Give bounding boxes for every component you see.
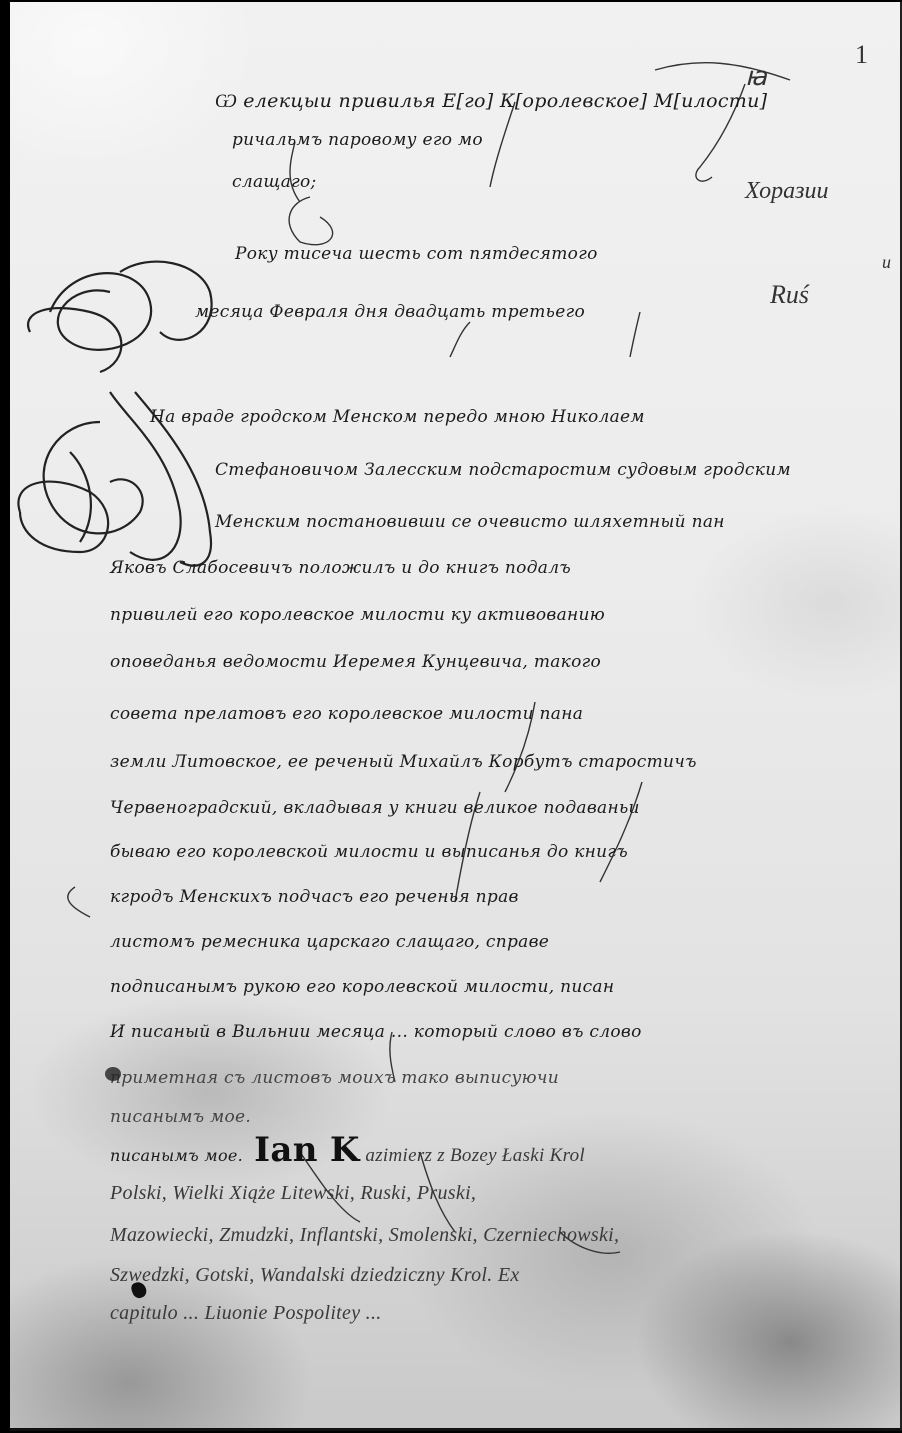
body-line-16: писанымъ мое. xyxy=(110,1107,251,1127)
royal-name-line: писанымъ мое. Ian K azimierz z Bozey Łas… xyxy=(110,1130,585,1170)
date-line-2: месяца Февраля дня двадцать третьего xyxy=(195,302,585,322)
body-line-2: Стефановичом Залесским подстаростим судо… xyxy=(215,460,791,480)
body-line-6: оповеданья ведомости Иеремея Кунцевича, … xyxy=(110,652,601,672)
heading-line-1: Ѡ елекцыи привилья Е[го] К[оролевское] М… xyxy=(215,90,767,113)
body-line-8: земли Литовское, ее реченый Михайлъ Корб… xyxy=(110,752,697,772)
latin-line-4: Szwedzki, Gotski, Wandalski dziedziczny … xyxy=(110,1264,520,1287)
body-line-14: И писаный в Вильнии месяца ... который с… xyxy=(110,1022,642,1042)
body-line-5: привилей его королевское милости ку акти… xyxy=(110,605,605,625)
heading-line-3: слащаго; xyxy=(232,172,317,192)
manuscript-page: 1 ꙗ Хоразии Ruś и Ѡ елекцыи привилья Е[г… xyxy=(10,2,902,1431)
margin-page-number: 1 xyxy=(855,40,868,70)
body-line-11: кгродъ Менскихъ подчасъ его реченья прав xyxy=(110,887,519,907)
royal-name-continuation: azimierz z Bozey Łaski Krol xyxy=(365,1145,585,1166)
body-line-1: На враде гродском Менском передо мною Ни… xyxy=(150,407,645,427)
royal-initials: Ian K xyxy=(254,1130,360,1170)
heading-line-2: ричальмъ паровому его мо xyxy=(232,130,483,150)
abbrev-prefix: писанымъ мое. xyxy=(110,1146,248,1165)
body-line-12: листомъ ремесника царскаго слащаго, спра… xyxy=(110,932,549,952)
ink-blot-2 xyxy=(105,1067,121,1081)
body-line-3: Менским постановивши се очевисто шляхетн… xyxy=(215,512,725,532)
latin-line-2: Polski, Wielki Xiąże Litewski, Ruski, Pr… xyxy=(110,1182,476,1205)
latin-line-5: capitulo ... Liuonie Pospolitey ... xyxy=(110,1302,382,1325)
margin-edge-mark: и xyxy=(882,252,891,273)
body-line-9: Червеноградский, вкладывая у книги велик… xyxy=(110,798,640,818)
margin-note-1: Хоразии xyxy=(745,178,829,205)
margin-mark: ꙗ xyxy=(745,62,767,92)
body-line-13: подписанымъ рукою его королевской милост… xyxy=(110,977,614,997)
body-line-7: совета прелатовъ его королевское милости… xyxy=(110,704,583,724)
body-line-10: бываю его королевской милости и выписань… xyxy=(110,842,628,862)
body-line-4: Яковъ Слабосевичъ положилъ и до книгъ по… xyxy=(110,558,571,578)
margin-note-2: Ruś xyxy=(770,280,809,310)
latin-line-3: Mazowiecki, Zmudzki, Inflantski, Smolens… xyxy=(110,1224,619,1247)
date-line-1: Року тисеча шесть сот пятдесятого xyxy=(235,244,598,264)
body-line-15: приметная съ листовъ моихъ тако выписуюч… xyxy=(110,1068,559,1088)
